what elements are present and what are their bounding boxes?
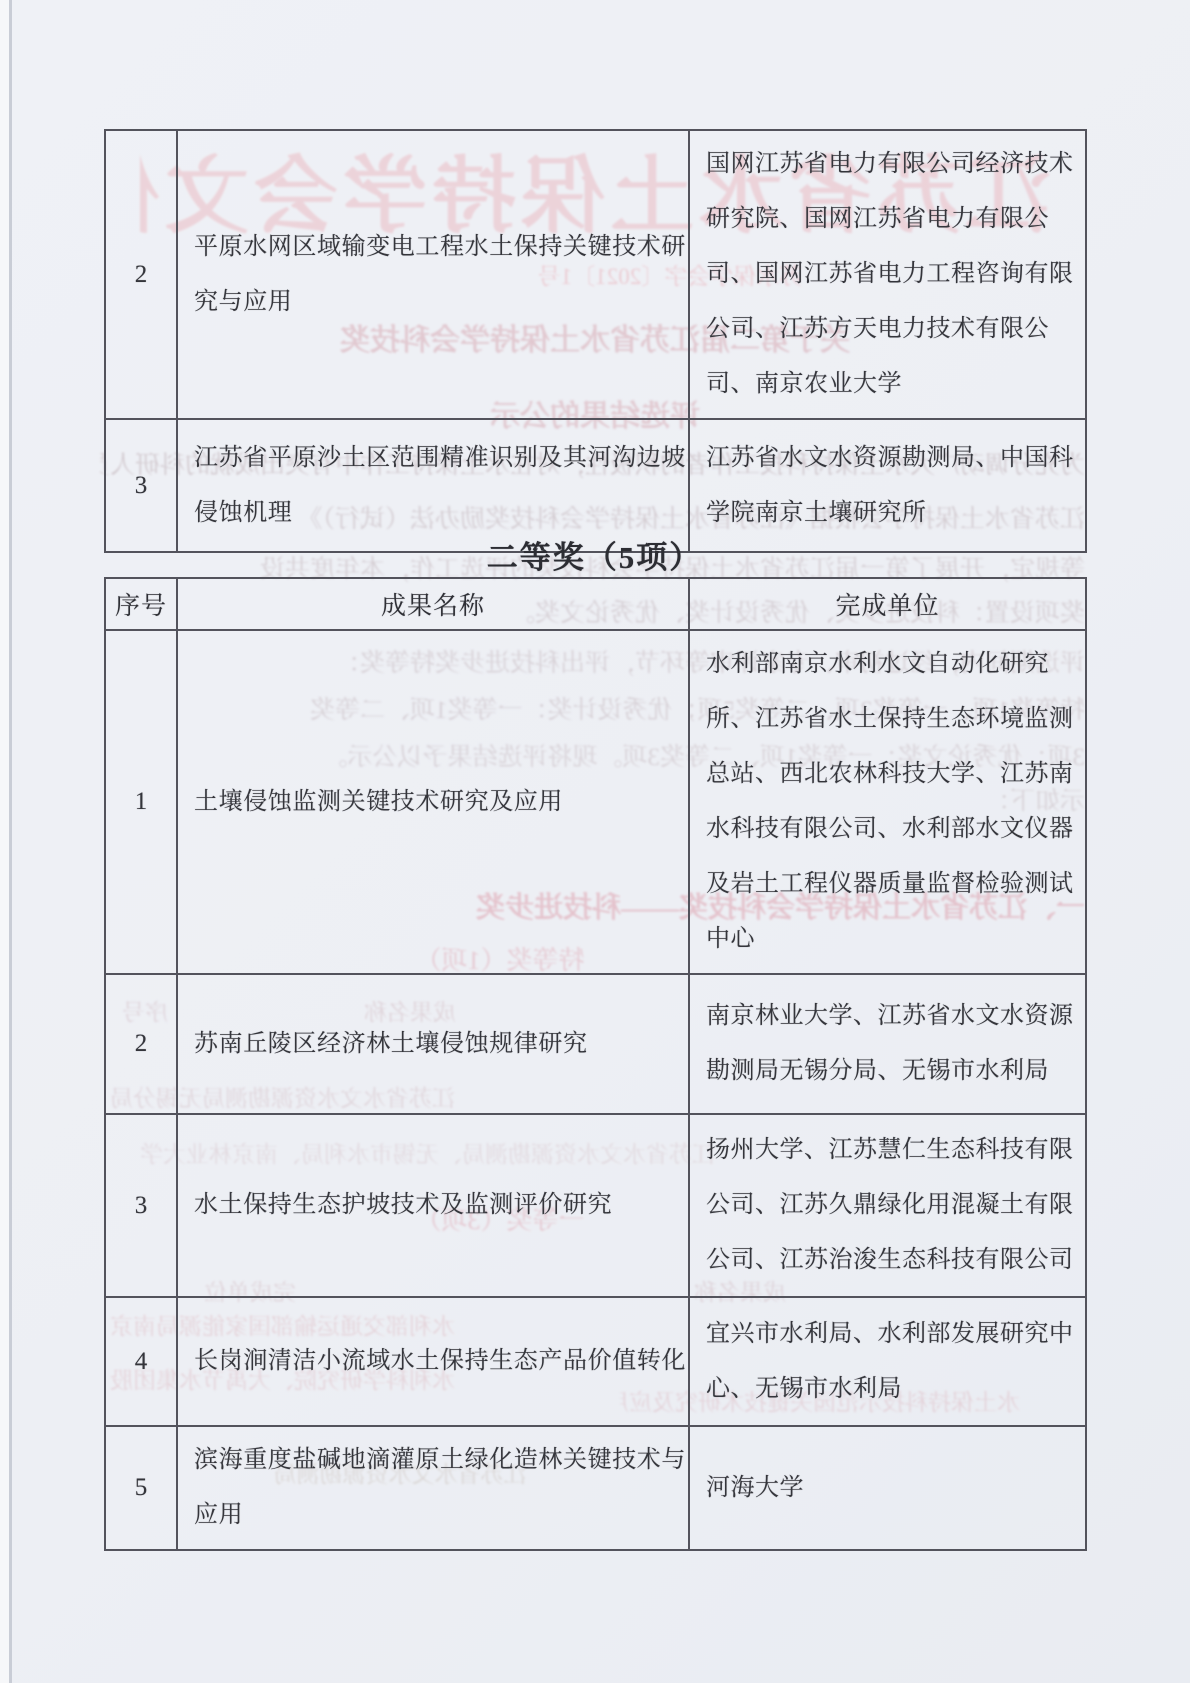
cell-no: 4 <box>105 1297 177 1426</box>
table-tier2: 序号 成果名称 完成单位 1 土壤侵蚀监测关键技术研究及应用 水利部南京水利水文… <box>104 577 1087 1551</box>
tier2-heading: 二等奖（5项） <box>104 532 1085 576</box>
table-continued: 2 平原水网区域输变电工程水土保持关键技术研究与应用 国网江苏省电力有限公司经济… <box>104 129 1087 553</box>
table-row: 2 平原水网区域输变电工程水土保持关键技术研究与应用 国网江苏省电力有限公司经济… <box>105 130 1086 419</box>
cell-name: 平原水网区域输变电工程水土保持关键技术研究与应用 <box>177 130 689 419</box>
cell-units: 河海大学 <box>689 1426 1086 1550</box>
table-row: 1 土壤侵蚀监测关键技术研究及应用 水利部南京水利水文自动化研究所、江苏省水土保… <box>105 630 1086 974</box>
table-row: 4 长岗涧清洁小流域水土保持生态产品价值转化 宜兴市水利局、水利部发展研究中心、… <box>105 1297 1086 1426</box>
cell-no: 3 <box>105 1114 177 1297</box>
cell-no: 2 <box>105 130 177 419</box>
cell-name: 土壤侵蚀监测关键技术研究及应用 <box>177 630 689 974</box>
header-units: 完成单位 <box>689 578 1086 630</box>
header-no: 序号 <box>105 578 177 630</box>
cell-no: 2 <box>105 974 177 1114</box>
cell-name: 苏南丘陵区经济林土壤侵蚀规律研究 <box>177 974 689 1114</box>
scanned-document-page: 江苏省水土保持学会文件 苏水保学会字〔2021〕1号 关于第二届江苏省水土保持学… <box>0 0 1190 1683</box>
table-row: 3 水土保持生态护坡技术及监测评价研究 扬州大学、江苏慧仁生态科技有限公司、江苏… <box>105 1114 1086 1297</box>
cell-units: 南京林业大学、江苏省水文水资源勘测局无锡分局、无锡市水利局 <box>689 974 1086 1114</box>
table-header-row: 序号 成果名称 完成单位 <box>105 578 1086 630</box>
cell-no: 5 <box>105 1426 177 1550</box>
table-row: 5 滨海重度盐碱地滴灌原土绿化造林关键技术与应用 河海大学 <box>105 1426 1086 1550</box>
header-name: 成果名称 <box>177 578 689 630</box>
cell-no: 1 <box>105 630 177 974</box>
cell-units: 扬州大学、江苏慧仁生态科技有限公司、江苏久鼎绿化用混凝土有限公司、江苏治浚生态科… <box>689 1114 1086 1297</box>
cell-name: 长岗涧清洁小流域水土保持生态产品价值转化 <box>177 1297 689 1426</box>
scan-edge-strip <box>0 0 9 1683</box>
cell-name: 滨海重度盐碱地滴灌原土绿化造林关键技术与应用 <box>177 1426 689 1550</box>
cell-units: 国网江苏省电力有限公司经济技术研究院、国网江苏省电力有限公司、国网江苏省电力工程… <box>689 130 1086 419</box>
cell-units: 水利部南京水利水文自动化研究所、江苏省水土保持生态环境监测总站、西北农林科技大学… <box>689 630 1086 974</box>
cell-name: 水土保持生态护坡技术及监测评价研究 <box>177 1114 689 1297</box>
cell-units: 宜兴市水利局、水利部发展研究中心、无锡市水利局 <box>689 1297 1086 1426</box>
scan-edge-line <box>9 0 12 1683</box>
table-row: 2 苏南丘陵区经济林土壤侵蚀规律研究 南京林业大学、江苏省水文水资源勘测局无锡分… <box>105 974 1086 1114</box>
